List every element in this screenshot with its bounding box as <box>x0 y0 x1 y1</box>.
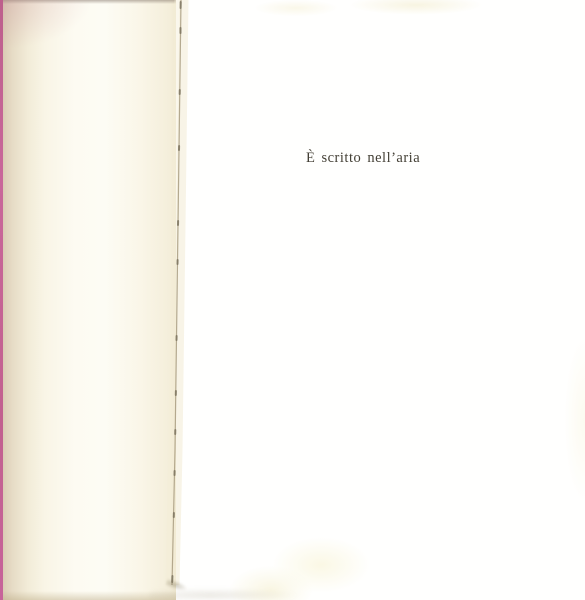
left-page-edge <box>0 0 176 600</box>
book-page-scan: È scritto nell’aria <box>0 0 585 600</box>
cover-edge-strip <box>0 0 3 600</box>
bottom-edge-shadow <box>150 588 300 600</box>
right-page <box>176 0 585 600</box>
half-title-text: È scritto nell’aria <box>306 150 420 167</box>
